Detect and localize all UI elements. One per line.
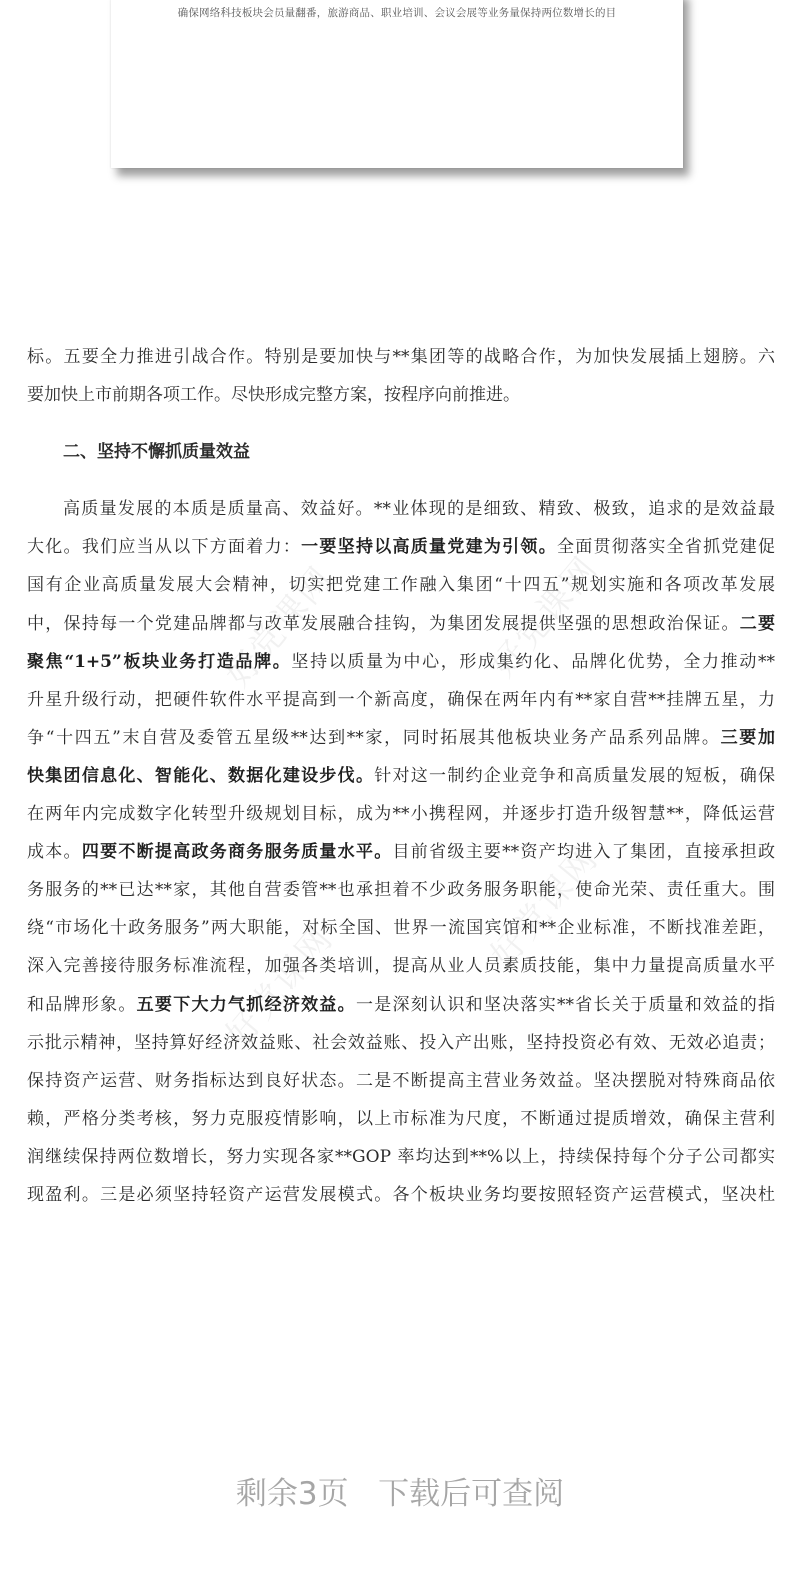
document-body: 标。五要全力推进引战合作。特别是要加快与**集团等的战略合作，为加快发展插上翅膀…: [27, 338, 775, 1214]
paragraph-line: 大化。我们应当从以下方面着力：一要坚持以高质量党建为引领。全面贯彻落实全省抓党建…: [27, 528, 775, 566]
text-run: 争“十四五”末自营及委管五星级**达到**家，同时拓展其他板块业务产品系列品牌。: [27, 728, 721, 748]
paragraph-line: 要加快上市前期各项工作。尽快形成完整方案，按程序向前推进。: [27, 376, 775, 414]
text-run: 成本。: [27, 842, 82, 862]
page-preview-card: 确保网络科技板块会员量翻番，旅游商品、职业培训、会议会展等业务量保持两位数增长的…: [111, 0, 683, 168]
text-run: 目前省级主要**资产均进入了集团，直接承担政: [393, 842, 776, 862]
text-run: 和品牌形象。: [27, 995, 137, 1015]
paragraph-line: 争“十四五”末自营及委管五星级**达到**家，同时拓展其他板块业务产品系列品牌。…: [27, 719, 775, 757]
paragraph-line: 标。五要全力推进引战合作。特别是要加快与**集团等的战略合作，为加快发展插上翅膀…: [27, 338, 775, 376]
paragraph-line: 赖，严格分类考核，努力克服疫情影响，以上市标准为尺度，不断通过提质增效，确保主营…: [27, 1100, 775, 1138]
bold-point-3-start: 三要加: [721, 728, 775, 748]
paragraph-line: 润继续保持两位数增长，努力实现各家**GOP 率均达到**%以上，持续保持每个分…: [27, 1138, 775, 1176]
text-run: 中，保持每一个党建品牌都与改革发展融合挂钩，为集团发展提供坚强的思想政治保证。: [27, 614, 740, 634]
text-run: 大化。我们应当从以下方面着力：: [27, 537, 301, 557]
paragraph-line: 和品牌形象。五要下大力气抓经济效益。一是深刻认识和坚决落实**省长关于质量和效益…: [27, 986, 775, 1024]
paragraph-line: 升星升级行动，把硬件软件水平提高到一个新高度，确保在两年内有**家自营**挂牌五…: [27, 681, 775, 719]
paragraph-line: 成本。四要不断提高政务商务服务质量水平。目前省级主要**资产均进入了集团，直接承…: [27, 833, 775, 871]
text-run: 全面贯彻落实全省抓党建促: [557, 537, 775, 557]
bold-point-1: 一要坚持以高质量党建为引领。: [301, 537, 557, 557]
paragraph-line: 务服务的**已达**家，其他自营委管**也承担着不少政务服务职能，使命光荣、责任…: [27, 871, 775, 909]
bold-point-3: 快集团信息化、智能化、数据化建设步伐。: [27, 766, 374, 786]
paragraph-line: 聚焦“1+5”板块业务打造品牌。坚持以质量为中心，形成集约化、品牌化优势，全力推…: [27, 643, 775, 681]
paragraph-line: 在两年内完成数字化转型升级规划目标，成为**小携程网，并逐步打造升级智慧**，降…: [27, 795, 775, 833]
section-heading: 二、坚持不懈抓质量效益: [27, 433, 775, 471]
paragraph-line: 现盈利。三是必须坚持轻资产运营发展模式。各个板块业务均要按照轻资产运营模式，坚决…: [27, 1176, 775, 1214]
paragraph-line: 高质量发展的本质是质量高、效益好。**业体现的是细致、精致、极致，追求的是效益最: [27, 490, 775, 528]
text-run: 一是深刻认识和坚决落实**省长关于质量和效益的指: [356, 995, 775, 1015]
text-run: 坚持以质量为中心，形成集约化、品牌化优势，全力推动**: [291, 652, 775, 672]
paragraph-line: 国有企业高质量发展大会精神，切实把党建工作融入集团“十四五”规划实施和各项改革发…: [27, 566, 775, 604]
download-to-view-prompt[interactable]: 剩余3页 下载后可查阅: [0, 1468, 800, 1513]
bold-point-4: 四要不断提高政务商务服务质量水平。: [82, 842, 393, 862]
paragraph-line: 保持资产运营、财务指标达到良好状态。二是不断提高主营业务效益。坚决摆脱对特殊商品…: [27, 1062, 775, 1100]
paragraph-line: 深入完善接待服务标准流程，加强各类培训，提高从业人员素质技能，集中力量提高质量水…: [27, 947, 775, 985]
bold-point-2: 聚焦“1+5”板块业务打造品牌。: [27, 652, 291, 672]
paragraph-line: 快集团信息化、智能化、数据化建设步伐。针对这一制约企业竞争和高质量发展的短板，确…: [27, 757, 775, 795]
paragraph-line: 中，保持每一个党建品牌都与改革发展融合挂钩，为集团发展提供坚强的思想政治保证。二…: [27, 605, 775, 643]
preview-text-line: 确保网络科技板块会员量翻番，旅游商品、职业培训、会议会展等业务量保持两位数增长的…: [111, 5, 683, 20]
paragraph-line: 示批示精神，坚持算好经济效益账、社会效益账、投入产出账，坚持投资必有效、无效必追…: [27, 1024, 775, 1062]
bold-point-2-start: 二要: [740, 614, 775, 634]
text-run: 针对这一制约企业竞争和高质量发展的短板，确保: [374, 766, 775, 786]
bold-point-5: 五要下大力气抓经济效益。: [137, 995, 356, 1015]
paragraph-line: 绕“市场化十政务服务”两大职能，对标全国、世界一流国宾馆和**企业标准，不断找准…: [27, 909, 775, 947]
